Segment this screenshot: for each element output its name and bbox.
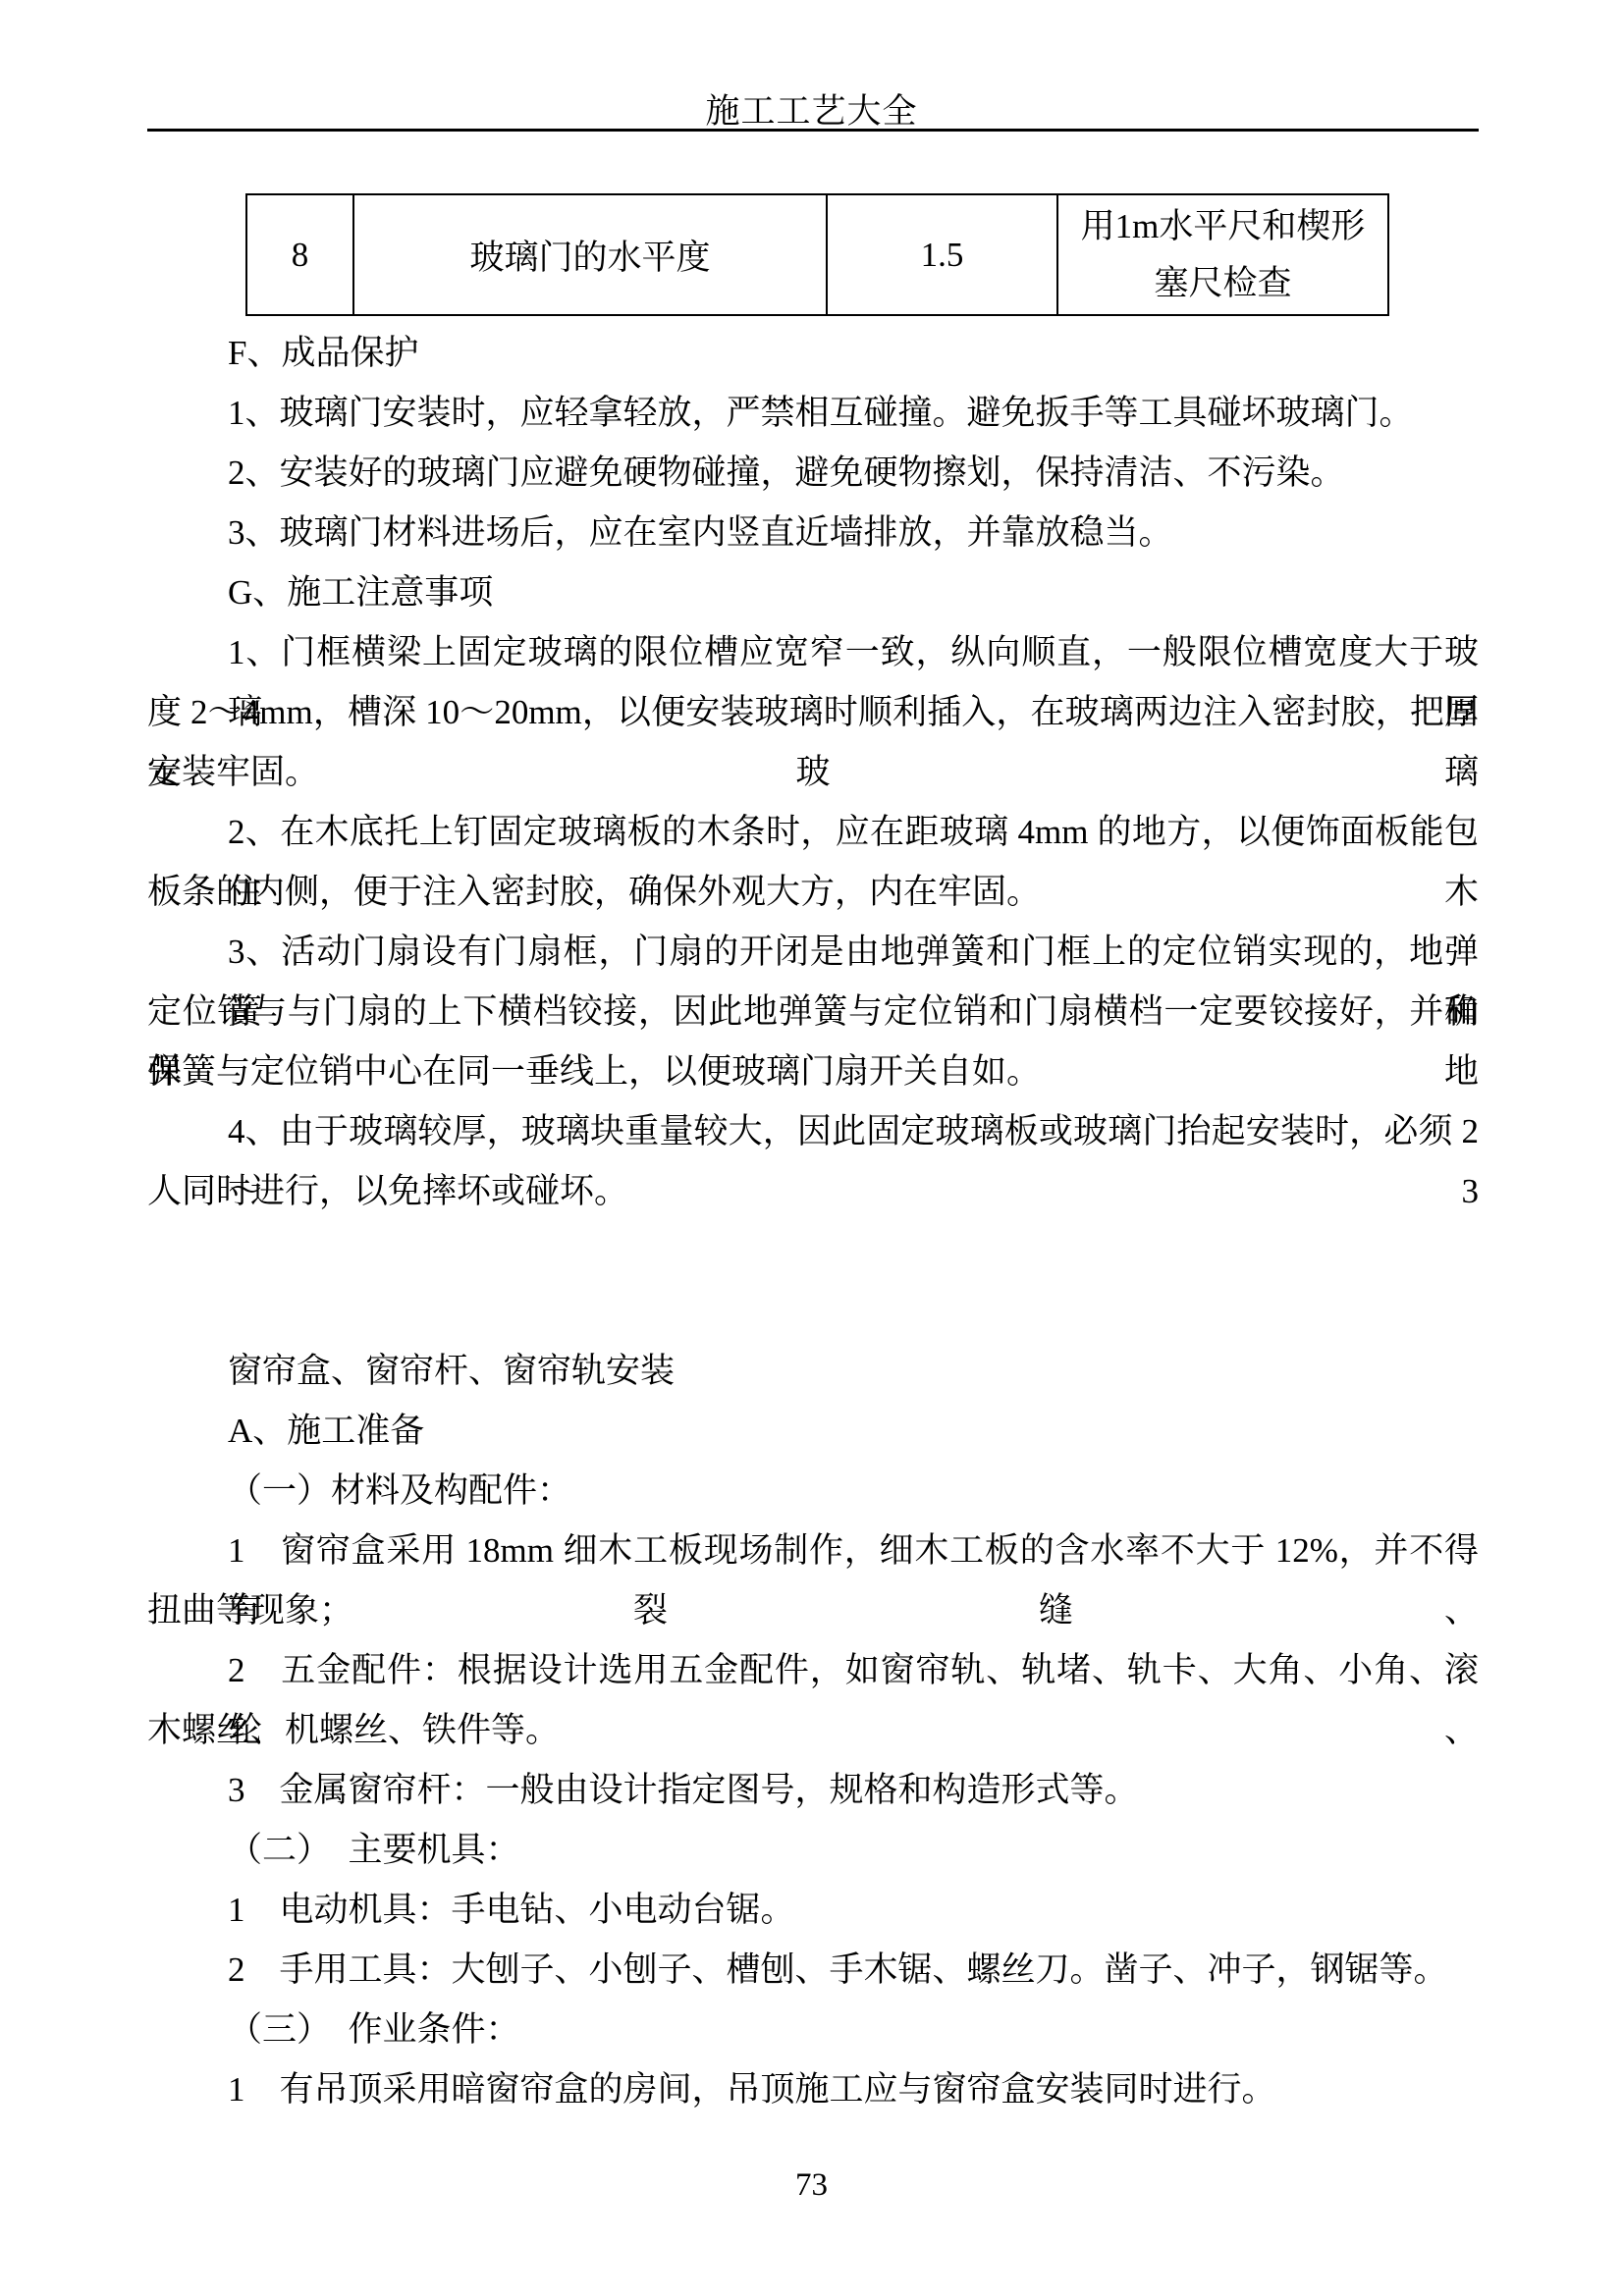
check-method-line-2: 塞尺检查 bbox=[1058, 255, 1387, 312]
text-line: （二） 主要机具： bbox=[147, 1820, 1479, 1880]
text-line bbox=[147, 1221, 1479, 1281]
header-rule bbox=[147, 129, 1479, 132]
text-line: 3、活动门扇设有门扇框，门扇的开闭是由地弹簧和门框上的定位销实现的，地弹簧和 bbox=[147, 922, 1479, 982]
cell-item-name: 玻璃门的水平度 bbox=[353, 194, 827, 315]
text-line: 1 窗帘盒采用 18mm 细木工板现场制作，细木工板的含水率不大于 12%，并不… bbox=[147, 1521, 1479, 1580]
text-line: F、成品保护 bbox=[147, 323, 1479, 383]
text-line: G、施工注意事项 bbox=[147, 562, 1479, 622]
text-line: 3 金属窗帘杆：一般由设计指定图号，规格和构造形式等。 bbox=[147, 1760, 1479, 1820]
text-line: （一）材料及构配件： bbox=[147, 1461, 1479, 1521]
cell-allowed-deviation: 1.5 bbox=[827, 194, 1057, 315]
text-line: 定位销与与门扇的上下横档铰接，因此地弹簧与定位销和门扇横档一定要铰接好，并确保地 bbox=[147, 982, 1479, 1041]
text-line: 窗帘盒、窗帘杆、窗帘轨安装 bbox=[147, 1341, 1479, 1401]
text-line: 1 有吊顶采用暗窗帘盒的房间，吊顶施工应与窗帘盒安装同时进行。 bbox=[147, 2059, 1479, 2119]
text-line: 1、玻璃门安装时，应轻拿轻放，严禁相互碰撞。避免扳手等工具碰坏玻璃门。 bbox=[147, 383, 1479, 443]
cell-row-number: 8 bbox=[246, 194, 353, 315]
text-line bbox=[147, 1281, 1479, 1341]
document-page: 施工工艺大全 8 玻璃门的水平度 1.5 用1m水平尺和楔形 塞尺检查 F、成品… bbox=[0, 0, 1623, 2296]
cell-check-method: 用1m水平尺和楔形 塞尺检查 bbox=[1057, 194, 1388, 315]
deviation-table: 8 玻璃门的水平度 1.5 用1m水平尺和楔形 塞尺检查 bbox=[245, 193, 1389, 316]
table-row: 8 玻璃门的水平度 1.5 用1m水平尺和楔形 塞尺检查 bbox=[246, 194, 1388, 315]
text-line: 3、玻璃门材料进场后，应在室内竖直近墙排放，并靠放稳当。 bbox=[147, 503, 1479, 562]
text-line: 4、由于玻璃较厚，玻璃块重量较大，因此固定玻璃板或玻璃门抬起安装时，必须 2～3 bbox=[147, 1101, 1479, 1161]
text-line: 2、安装好的玻璃门应避免硬物碰撞，避免硬物擦划，保持清洁、不污染。 bbox=[147, 443, 1479, 503]
page-title: 施工工艺大全 bbox=[0, 84, 1623, 133]
page-number: 73 bbox=[0, 2167, 1623, 2204]
text-line: （三） 作业条件： bbox=[147, 2000, 1479, 2059]
text-line: 2 手用工具：大刨子、小刨子、槽刨、手木锯、螺丝刀。凿子、冲子，钢锯等。 bbox=[147, 1940, 1479, 2000]
check-method-line-1: 用1m水平尺和楔形 bbox=[1058, 198, 1387, 255]
text-line: 度 2～4mm，槽深 10～20mm，以便安装玻璃时顺利插入，在玻璃两边注入密封… bbox=[147, 682, 1479, 742]
text-line: 1、门框横梁上固定玻璃的限位槽应宽窄一致，纵向顺直，一般限位槽宽度大于玻璃厚 bbox=[147, 622, 1479, 682]
text-line: 2 五金配件：根据设计选用五金配件，如窗帘轨、轨堵、轨卡、大角、小角、滚轮、 bbox=[147, 1640, 1479, 1700]
text-line: 1 电动机具：手电钻、小电动台锯。 bbox=[147, 1880, 1479, 1940]
text-line: 2、在木底托上钉固定玻璃板的木条时，应在距玻璃 4mm 的地方，以便饰面板能包住… bbox=[147, 802, 1479, 862]
text-line: A、施工准备 bbox=[147, 1401, 1479, 1461]
body-text: F、成品保护1、玻璃门安装时，应轻拿轻放，严禁相互碰撞。避免扳手等工具碰坏玻璃门… bbox=[147, 323, 1479, 2119]
